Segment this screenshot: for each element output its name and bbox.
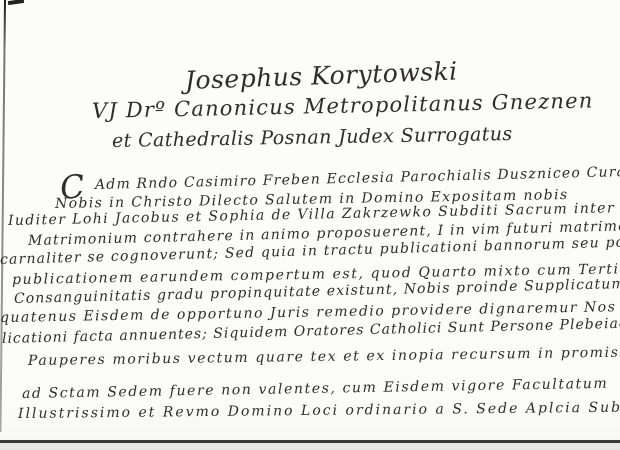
page-edge-line xyxy=(0,0,6,432)
title-role-line: VJ Drº Canonicus Metropolitanus Gneznen xyxy=(92,88,594,122)
title-role-line-2: et Cathedralis Posnan Judex Surrogatus xyxy=(112,123,513,152)
below-scan-strip xyxy=(0,443,620,450)
body-line: ad Sctam Sedem fuere non valentes, cum E… xyxy=(22,376,609,402)
corner-mark xyxy=(8,0,24,5)
body-line: Illustrissimo et Revmo Domino Loci ordin… xyxy=(18,400,620,422)
title-name: Josephus Korytowski xyxy=(184,56,458,95)
body-line: Pauperes moribus vectum quare tex et ex … xyxy=(28,344,620,369)
manuscript-page: Josephus Korytowski VJ Drº Canonicus Met… xyxy=(0,0,620,450)
